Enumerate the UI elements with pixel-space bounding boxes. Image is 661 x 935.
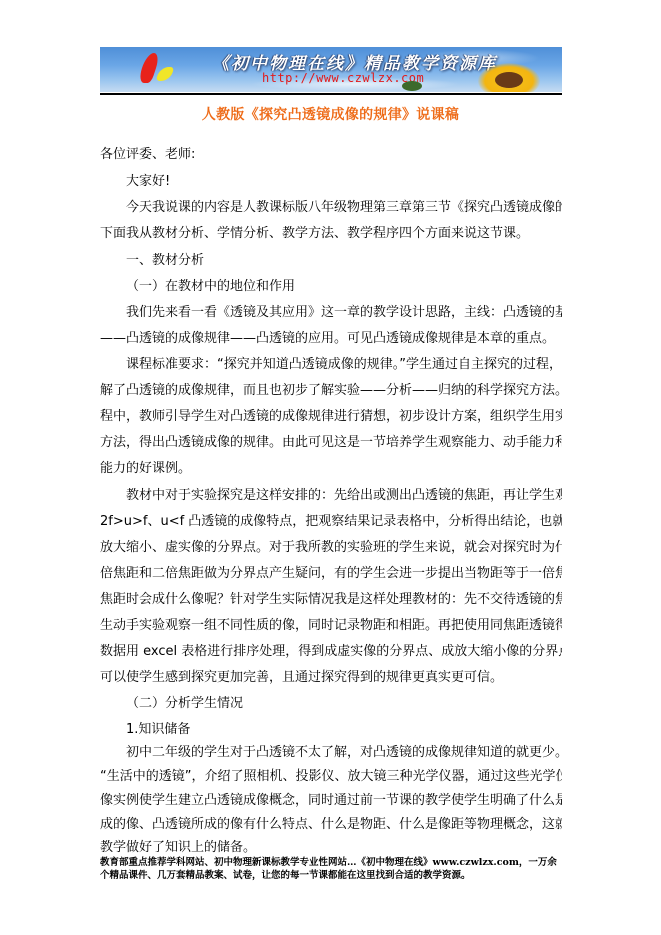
paragraph-line: 解了凸透镜的成像规律，而且也初步了解实验——分析——归纳的科学探究方法。在探究过 <box>100 378 562 404</box>
paragraph-line: 倍焦距和二倍焦距做为分界点产生疑问，有的学生会进一步提出当物距等于一倍焦距或二倍 <box>100 561 562 587</box>
paragraph-line: 我们先来看一看《透镜及其应用》这一章的教学设计思路，主线：凸透镜的基本知识 <box>100 300 562 326</box>
paragraph-line: 生动手实验观察一组不同性质的像，同时记录物距和相距。再把使用同焦距透镜得到的几组 <box>100 613 562 639</box>
header-divider <box>100 93 562 95</box>
footer-line: 教育部重点推荐学科网站、初中物理新课标教学专业性网站…《初中物理在线》www.c… <box>100 856 562 869</box>
paragraph-line: 下面我从教材分析、学情分析、教学方法、教学程序四个方面来说这节课。 <box>100 221 562 247</box>
document-title: 人教版《探究凸透镜成像的规律》说课稿 <box>0 104 661 124</box>
leaf-icon <box>402 81 422 91</box>
paragraph-line: 大家好! <box>100 169 562 195</box>
paragraph-line: 教材中对于实验探究是这样安排的：先给出或测出凸透镜的焦距，再让学生观察 u>2f… <box>100 483 562 509</box>
paragraph-line: 程中，教师引导学生对凸透镜的成像规律进行猜想，初步设计方案，组织学生用实验探究的 <box>100 404 562 430</box>
paragraph-line: 能力的好课例。 <box>100 456 562 482</box>
paragraph-line: 焦距时会成什么像呢？针对学生实际情况我是这样处理教材的：先不交待透镜的焦距，让学 <box>100 587 562 613</box>
paragraph-line: 今天我说课的内容是人教课标版八年级物理第三章第三节《探究凸透镜成像的规律》 <box>100 195 562 221</box>
sunflower-icon <box>478 63 540 92</box>
paragraph-line: 2f>u>f、u<f 凸透镜的成像特点，把观察结果记录表格中，分析得出结论，也就… <box>100 509 562 535</box>
paragraph-line: 方法，得出凸透镜成像的规律。由此可见这是一节培养学生观察能力、动手能力和交流合作 <box>100 430 562 456</box>
paragraph-line: 一、教材分析 <box>100 248 562 274</box>
footer-line: 个精品课件、几万套精品教案、试卷，让您的每一节课都能在这里找到合适的教学资源。 <box>100 869 562 882</box>
paragraph-line: 各位评委、老师: <box>100 142 562 168</box>
paragraph-line: 数据用 excel 表格进行排序处理，得到成虚实像的分界点、成放大缩小像的分界点… <box>100 639 562 665</box>
paragraph-line: 课程标准要求：“探究并知道凸透镜成像的规律。”学生通过自主探究的过程，不仅了 <box>100 352 562 378</box>
page-footer: 教育部重点推荐学科网站、初中物理新课标教学专业性网站…《初中物理在线》www.c… <box>100 856 562 882</box>
paragraph-line: （一）在教材中的地位和作用 <box>100 274 562 300</box>
site-banner[interactable]: 《初中物理在线》精品教学资源库 http://www.czwlzx.com <box>100 47 562 92</box>
paragraph-line: （二）分析学生情况 <box>100 691 562 717</box>
paragraph-line: 可以使学生感到探究更加完善，且通过探究得到的规律更真实更可信。 <box>100 665 562 691</box>
paragraph-line: ——凸透镜的成像规律——凸透镜的应用。可见凸透镜成像规律是本章的重点。 <box>100 326 562 352</box>
paragraph-line: 放大缩小、虚实像的分界点。对于我所教的实验班的学生来说，就会对探究时为什么选取一 <box>100 535 562 561</box>
site-logo-icon <box>155 67 174 81</box>
banner-url[interactable]: http://www.czwlzx.com <box>262 71 424 85</box>
paragraph-line: 像实例使学生建立凸透镜成像概念，同时通过前一节课的教学使学生明确了什么是凸透镜所 <box>100 788 562 814</box>
paragraph-line: “生活中的透镜”，介绍了照相机、投影仪、放大镜三种光学仪器，通过这些光学仪器的成 <box>100 764 562 790</box>
paragraph-line: 初中二年级的学生对于凸透镜不太了解，对凸透镜的成像规律知道的就更少。第二节 <box>100 740 562 766</box>
